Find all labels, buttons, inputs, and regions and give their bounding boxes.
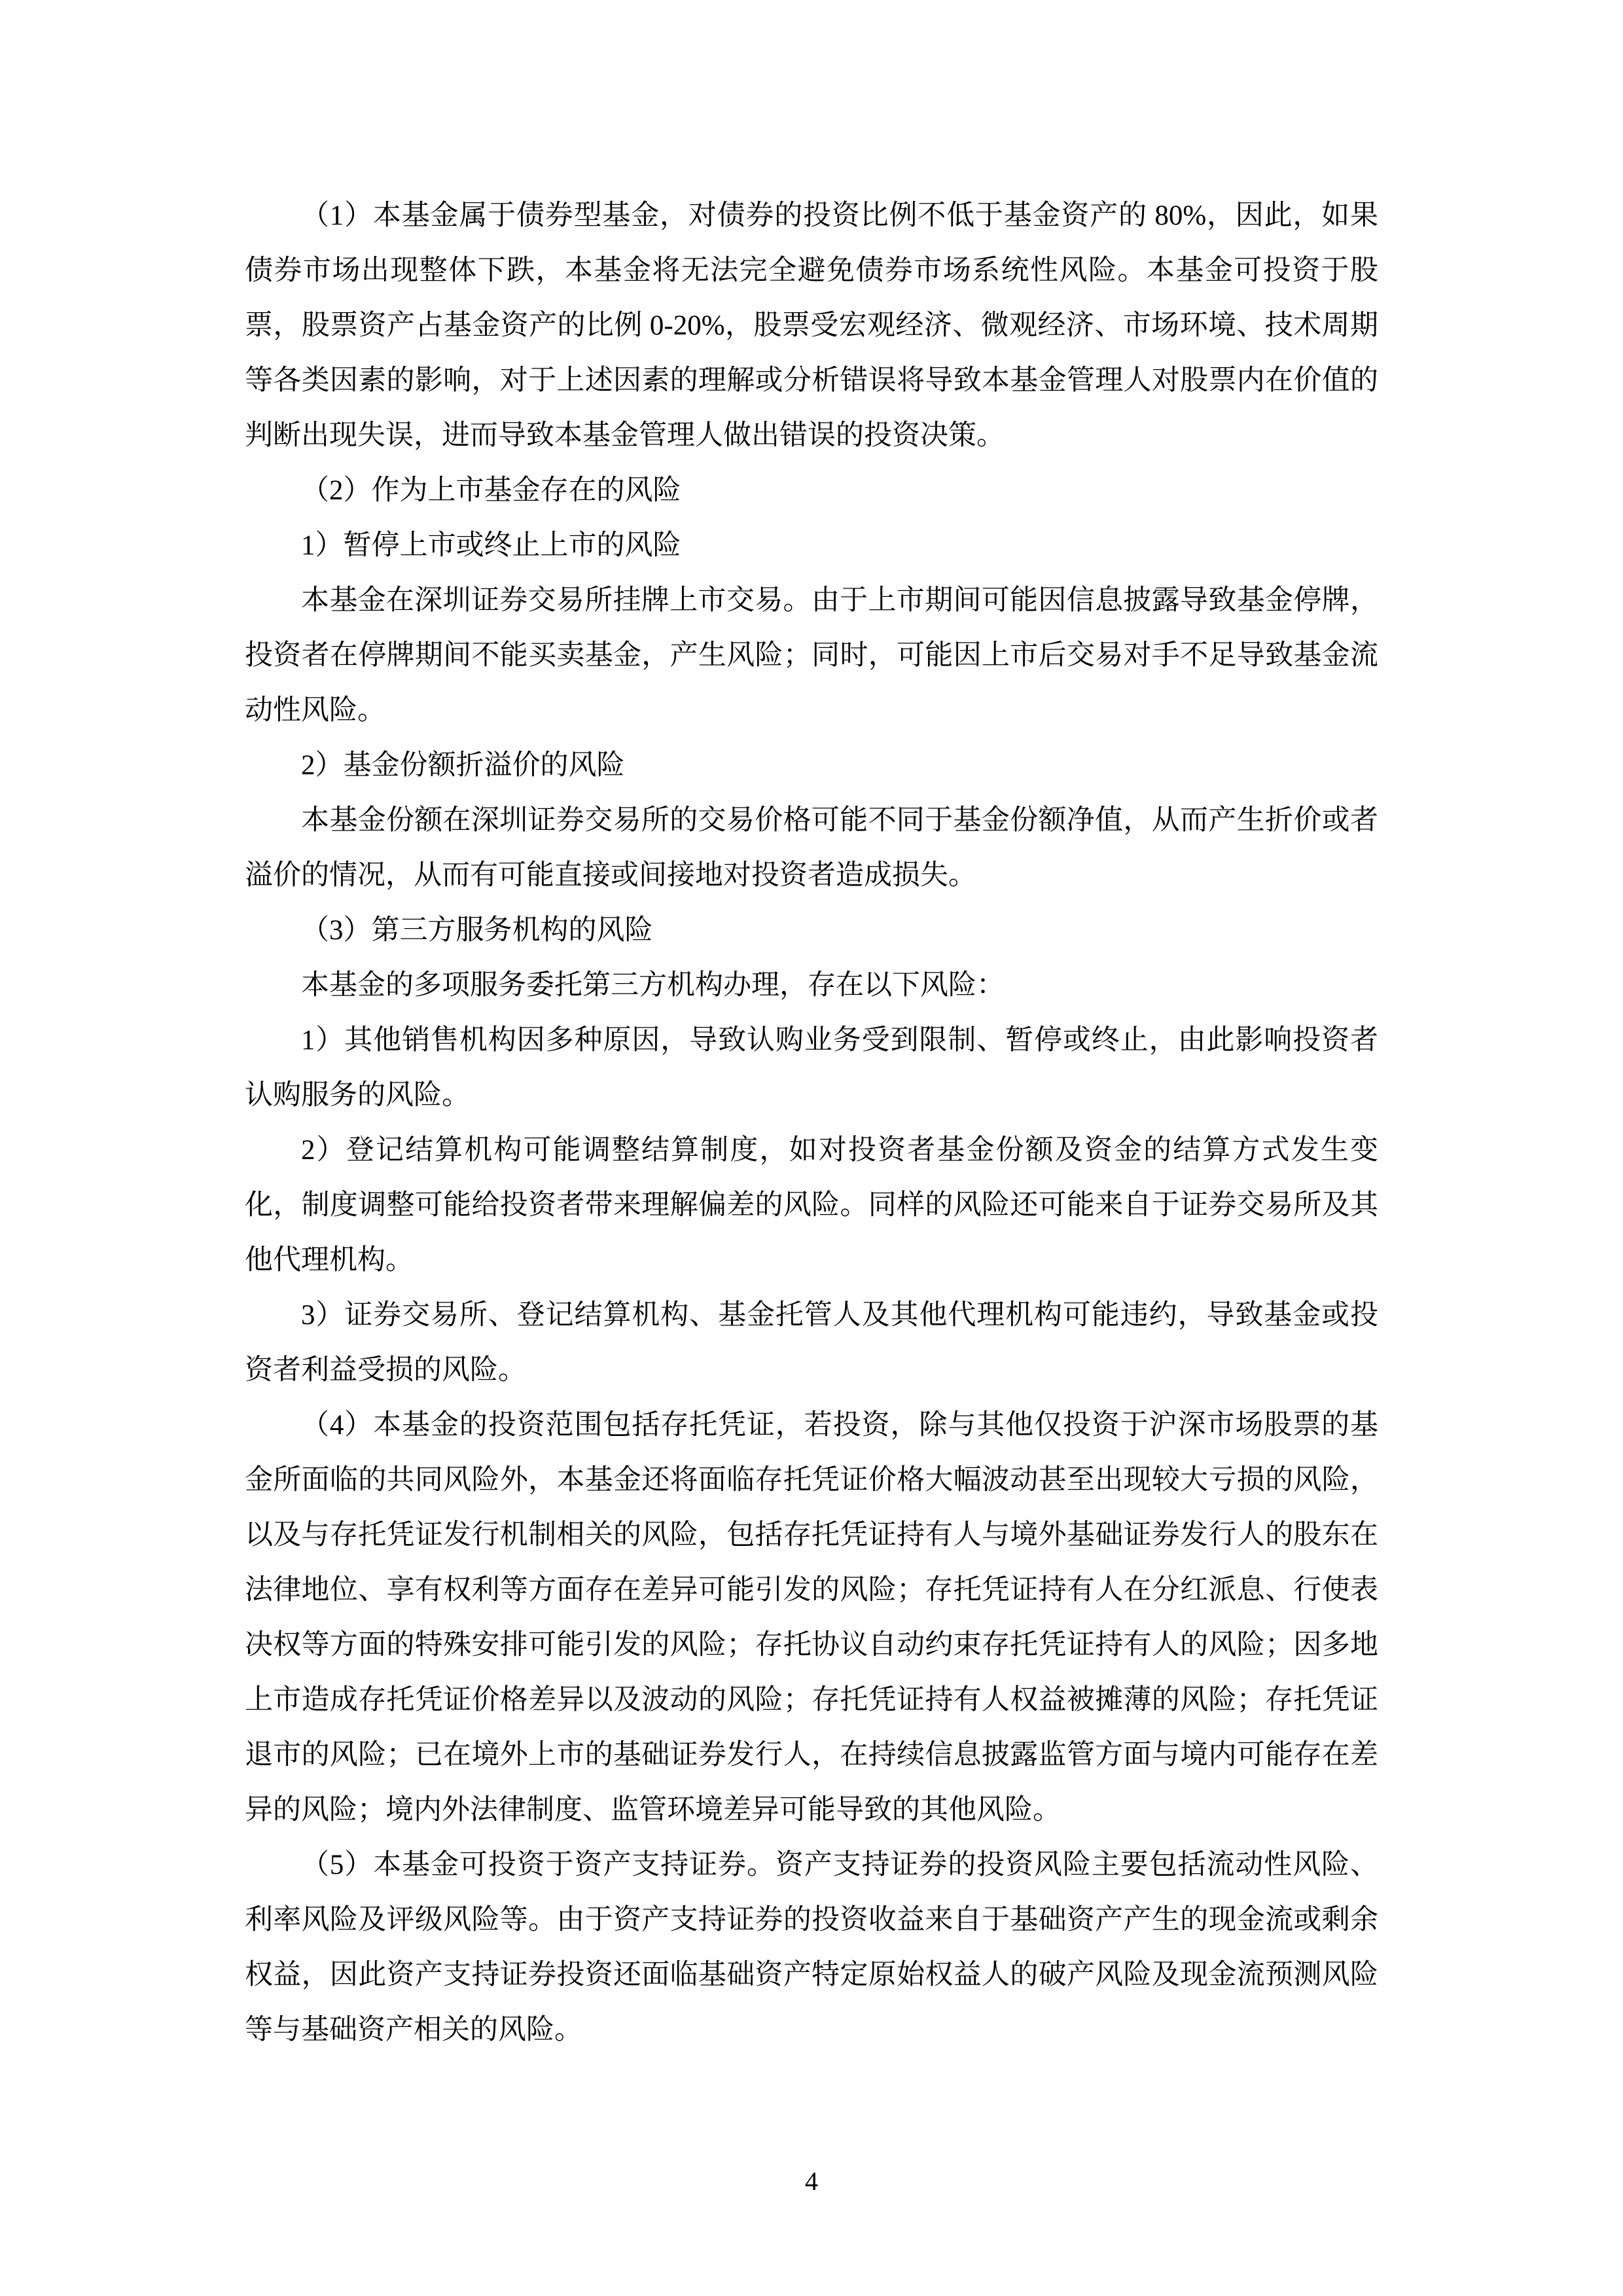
paragraph: （3）第三方服务机构的风险 (245, 903, 1378, 958)
paragraph: 1）其他销售机构因多种原因，导致认购业务受到限制、暂停或终止，由此影响投资者认购… (245, 1013, 1378, 1123)
paragraph: 2）基金份额折溢价的风险 (245, 738, 1378, 793)
paragraph: 本基金份额在深圳证券交易所的交易价格可能不同于基金份额净值，从而产生折价或者溢价… (245, 793, 1378, 903)
page-number: 4 (0, 2165, 1623, 2198)
document-body: （1）本基金属于债券型基金，对债券的投资比例不低于基金资产的 80%，因此，如果… (245, 188, 1378, 2058)
paragraph: 1）暂停上市或终止上市的风险 (245, 518, 1378, 573)
paragraph: （2）作为上市基金存在的风险 (245, 463, 1378, 518)
paragraph: 3）证券交易所、登记结算机构、基金托管人及其他代理机构可能违约，导致基金或投资者… (245, 1288, 1378, 1398)
document-page: （1）本基金属于债券型基金，对债券的投资比例不低于基金资产的 80%，因此，如果… (0, 0, 1623, 2296)
paragraph: （4）本基金的投资范围包括存托凭证，若投资，除与其他仅投资于沪深市场股票的基金所… (245, 1398, 1378, 1838)
paragraph: （1）本基金属于债券型基金，对债券的投资比例不低于基金资产的 80%，因此，如果… (245, 188, 1378, 463)
paragraph: 本基金在深圳证券交易所挂牌上市交易。由于上市期间可能因信息披露导致基金停牌，投资… (245, 573, 1378, 738)
paragraph: （5）本基金可投资于资产支持证券。资产支持证券的投资风险主要包括流动性风险、利率… (245, 1838, 1378, 2058)
paragraph: 本基金的多项服务委托第三方机构办理，存在以下风险： (245, 958, 1378, 1013)
paragraph: 2）登记结算机构可能调整结算制度，如对投资者基金份额及资金的结算方式发生变化，制… (245, 1123, 1378, 1288)
